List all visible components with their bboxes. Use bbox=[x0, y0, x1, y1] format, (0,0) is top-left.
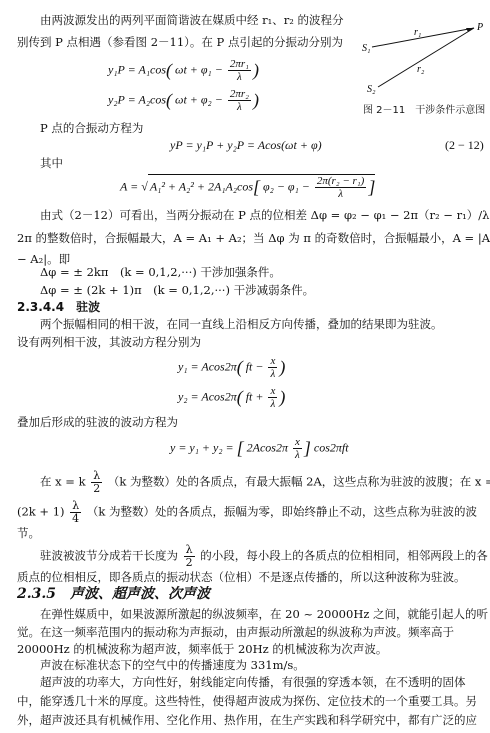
paragraph-text: 节。 bbox=[17, 526, 40, 540]
equation-standing-wave: y = y₁ + y₂ = [ 2Acos2π xλ] cos2πft bbox=[170, 436, 349, 461]
paragraph-text: 20000Hz 的机械波称为超声波，频率低于 20Hz 的机械波称为次声波。 bbox=[17, 642, 387, 656]
constructive-condition: Δφ = ± 2kπ (k = 0,1,2,···) 干涉加强条件。 bbox=[40, 265, 281, 279]
destructive-condition: Δφ = ± (2k + 1)π (k = 0,1,2,···) 干涉减弱条件。 bbox=[40, 283, 314, 297]
paragraph-text: 声波在标准状态下的空气中的传播速度为 331m/s。 bbox=[40, 658, 305, 672]
paragraph-text: 中，能穿透几十米的厚度。这些特性，使得超声波成为探伤、定位技术的一个重要工具。另 bbox=[17, 694, 477, 708]
equation-y2p: y₂P = A₂cos( ωt + φ₂ − 2πr₂λ) bbox=[108, 88, 259, 113]
paragraph-text: (2k + 1) λ4 （k 为整数）处的各质点，振幅为零，即始终静止不动，这些… bbox=[17, 500, 477, 525]
section-heading-2344: 2.3.4.4 驻波 bbox=[17, 300, 100, 314]
paragraph-text: 在 x = k λ2 （k 为整数）处的各质点，有最大振幅 2A，这些点称为驻波… bbox=[40, 470, 490, 495]
paragraph-text: 在弹性媒质中，如果波源所激起的纵波频率，在 20 ~ 20000Hz 之间，就能… bbox=[40, 607, 488, 621]
paragraph-text: 外，超声波还具有机械作用、空化作用、热作用，在生产实践和科学研究中，都有广泛的应 bbox=[17, 713, 477, 727]
paragraph-text: 觉。在这一频率范围内的振动称为声振动，由声振动所激起的纵波称为声波。频率高于 bbox=[17, 625, 454, 639]
equation-y1: y₁ = Acos2π( ft − xλ) bbox=[178, 355, 285, 380]
label-r2: r₂ bbox=[417, 64, 425, 75]
equation-amplitude: A = √ A₁² + A₂² + 2A₁A₂cos[ φ₂ − φ₁ − 2π… bbox=[120, 174, 375, 200]
paragraph-text: 驻波被波节分成若干长度为 λ2 的小段，每小段上的各质点的位相相同，相邻两段上的… bbox=[40, 544, 488, 569]
paragraph-text: P 点的合振动方程为 bbox=[40, 121, 143, 135]
paragraph-text: 2π 的整数倍时，合振幅最大，A = A₁ + A₂；当 Δφ 为 π 的奇数倍… bbox=[17, 231, 490, 245]
equation-y1p: y₁P = A₁cos( ωt + φ₁ − 2πr₁λ) bbox=[108, 58, 259, 83]
label-s2: S₂ bbox=[367, 84, 376, 95]
paragraph-text: 设有两列相干波，其波动方程分别为 bbox=[17, 335, 201, 349]
equation-number: (2 − 12) bbox=[445, 138, 484, 153]
interference-diagram: S₁ S₂ P r₁ r₂ bbox=[355, 15, 490, 100]
figure-caption: 图 2－11 干涉条件示意图 bbox=[363, 101, 485, 116]
paragraph-text: 质点的位相相反，即各质点的振动状态（位相）不是逐点传播的，所以这种波称为驻波。 bbox=[17, 570, 466, 584]
equation-y2: y₂ = Acos2π( ft + xλ) bbox=[178, 385, 285, 410]
label-p: P bbox=[476, 22, 483, 33]
paragraph-text: 由式（2－12）可看出，当两分振动在 P 点的位相差 Δφ = φ₂ − φ₁ … bbox=[40, 208, 490, 222]
paragraph-text: 叠加后形成的驻波的波动方程为 bbox=[17, 415, 178, 429]
label-r1: r₁ bbox=[414, 27, 421, 38]
equation-yp: yP = y₁P + y₂P = Acos(ωt + φ) bbox=[170, 138, 322, 153]
label-s1: S₁ bbox=[362, 43, 370, 54]
paragraph-text: 别传到 P 点相遇（参看图 2－11）。在 P 点引起的分振动分别为 bbox=[17, 35, 343, 49]
paragraph-text: 超声波的功率大，方向性好，射线能定向传播，有很强的穿透本领，在不透明的固体 bbox=[40, 675, 466, 689]
section-heading-235: 2.3.5 声波、超声波、次声波 bbox=[17, 587, 210, 601]
paragraph-text: 两个振幅相同的相干波，在同一直线上沿相反方向传播，叠加的结果即为驻波。 bbox=[40, 317, 443, 331]
paragraph-text: − A₂|。即 bbox=[17, 252, 70, 266]
paragraph-text: 其中 bbox=[40, 156, 63, 170]
paragraph-text: 由两波源发出的两列平面简谐波在媒质中经 r₁、r₂ 的波程分 bbox=[40, 13, 344, 27]
